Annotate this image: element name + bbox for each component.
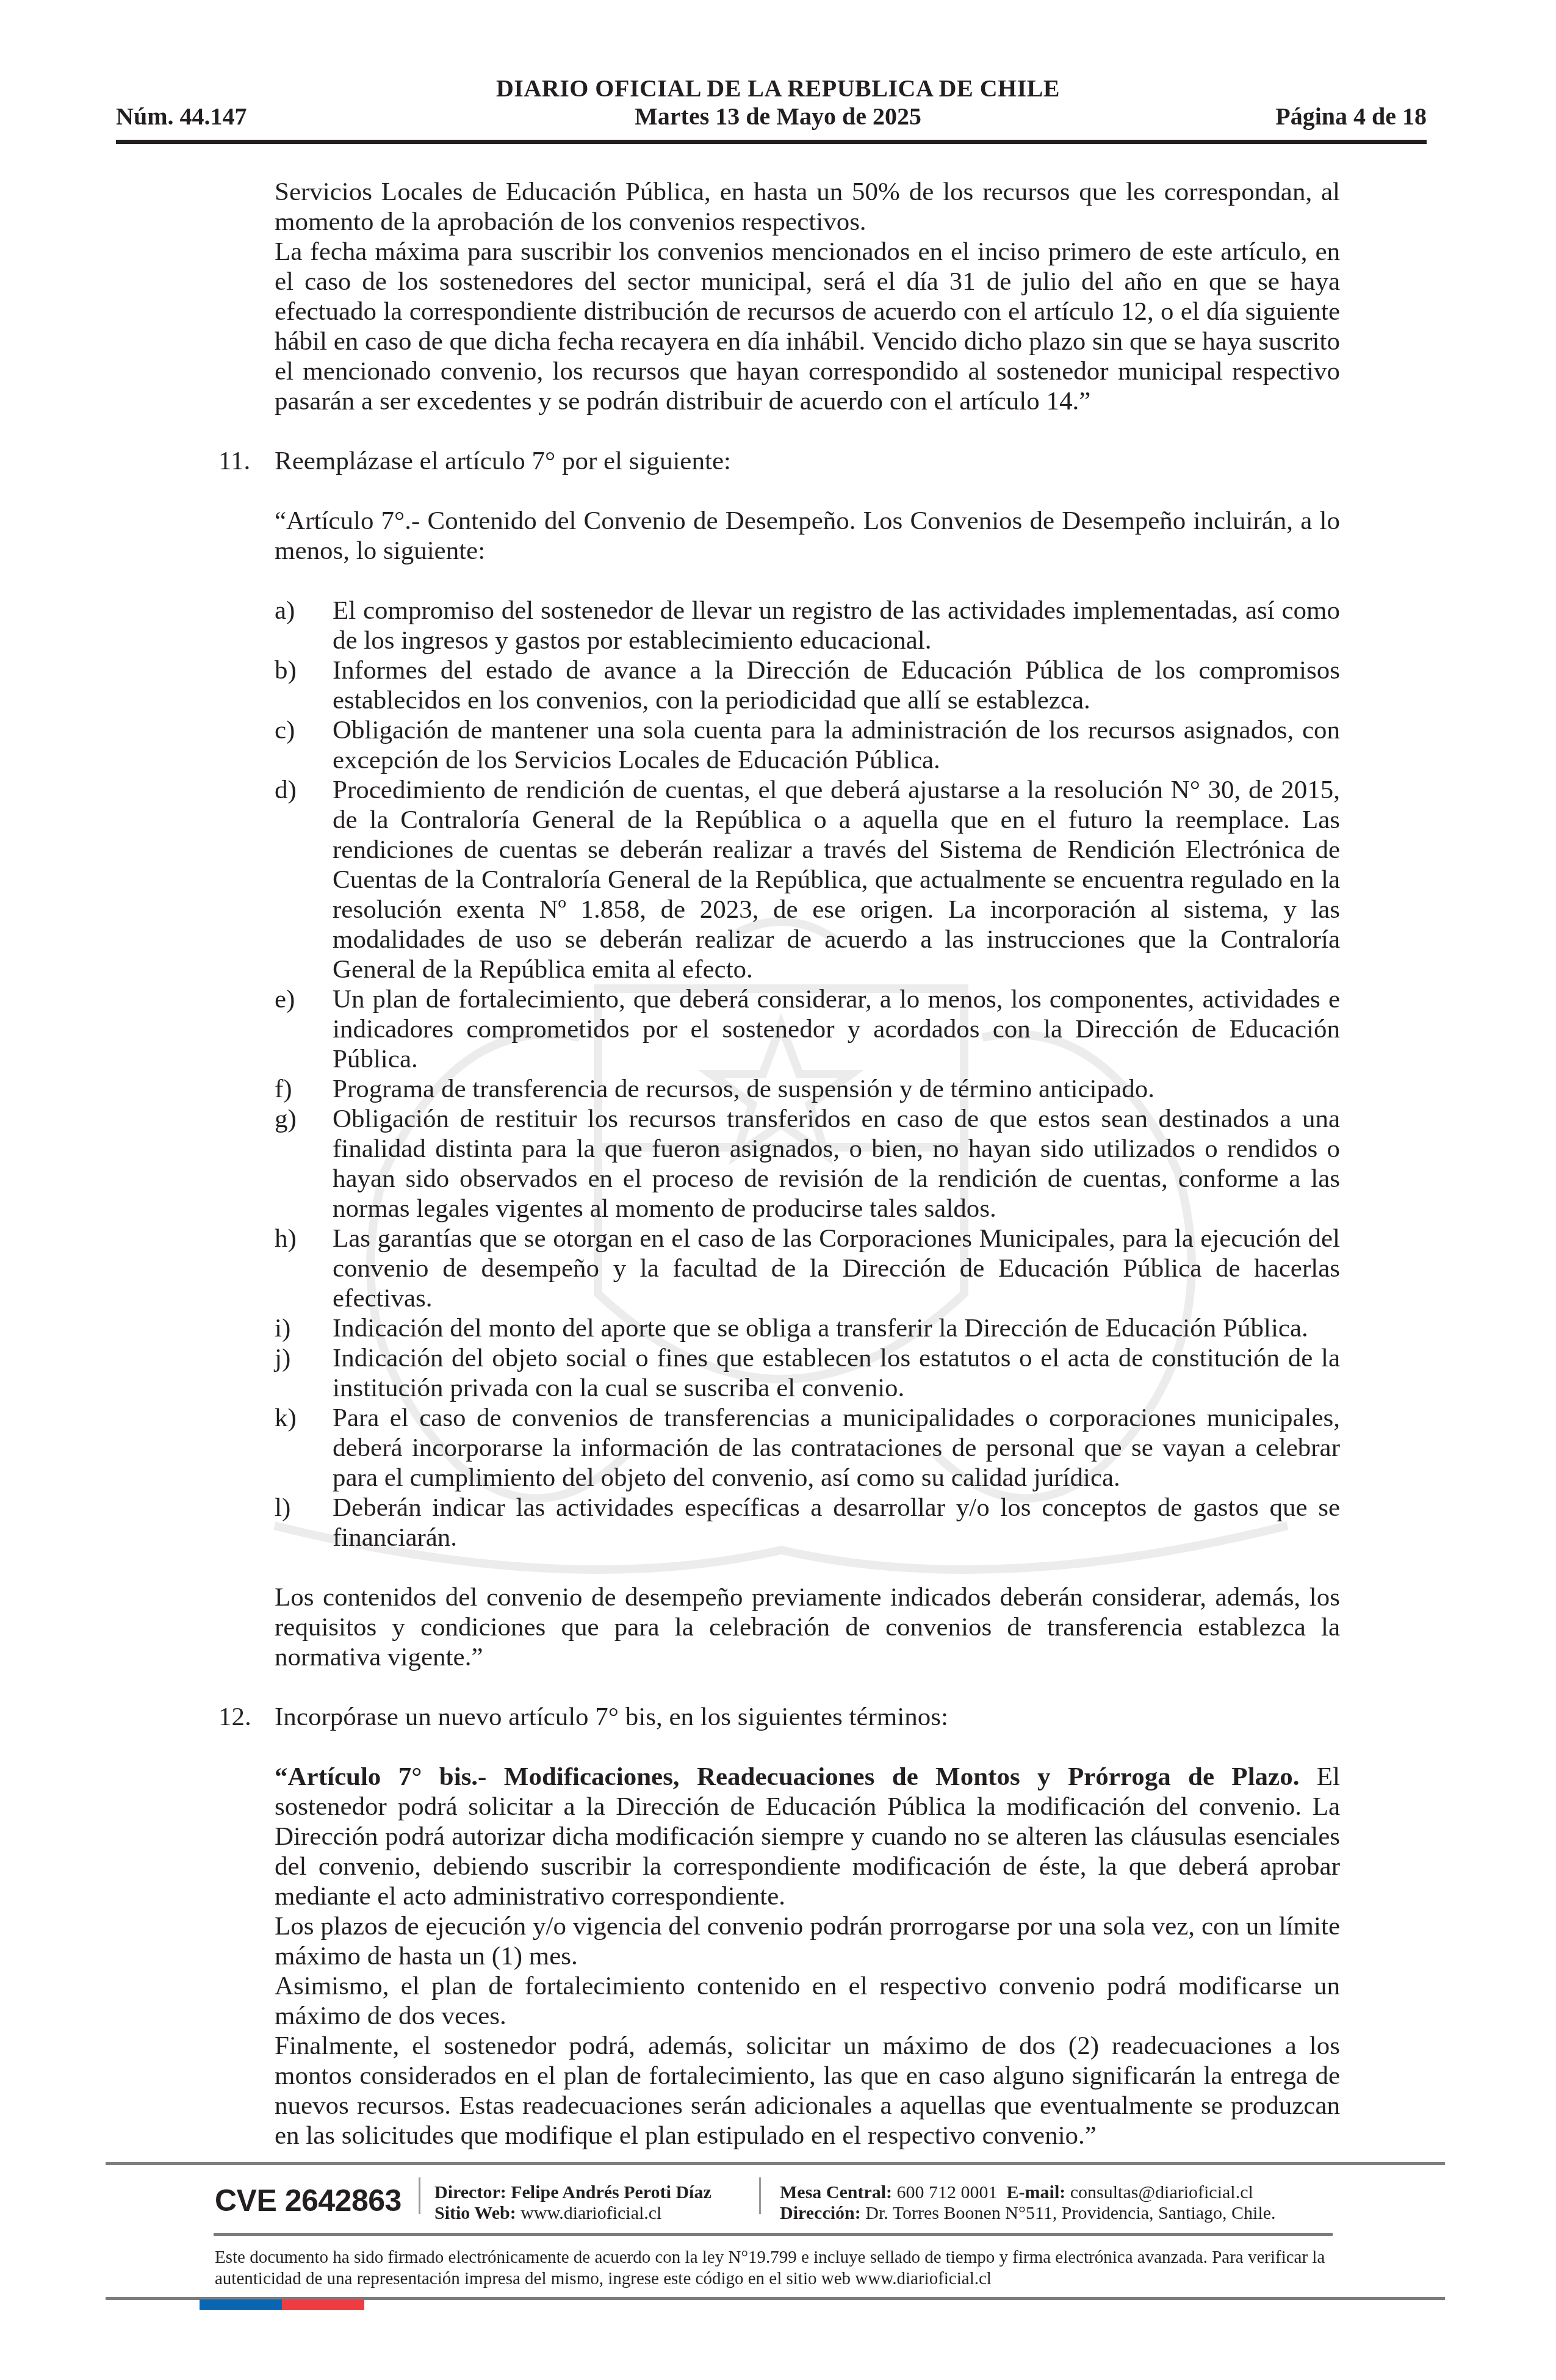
numbered-item-12: 12. Incorpórase un nuevo artículo 7° bis…: [275, 1702, 1340, 1732]
list-item: g)Obligación de restituir los recursos t…: [275, 1104, 1340, 1224]
intro-paragraph: Servicios Locales de Educación Pública, …: [275, 177, 1340, 237]
list-marker: f): [275, 1074, 292, 1104]
article-7-list: a)El compromiso del sostenedor de llevar…: [275, 596, 1340, 1552]
website-link[interactable]: www.diarioficial.cl: [520, 2203, 661, 2223]
list-item: j)Indicación del objeto social o fines q…: [275, 1343, 1340, 1403]
list-marker: b): [275, 655, 297, 685]
list-item: i)Indicación del monto del aporte que se…: [275, 1313, 1340, 1343]
list-text: Programa de transferencia de recursos, d…: [333, 1075, 1154, 1103]
list-text: Deberán indicar las actividades específi…: [333, 1493, 1340, 1552]
footer-rule-middle: [214, 2233, 1333, 2236]
address-label: Dirección:: [780, 2203, 861, 2223]
publication-title: DIARIO OFICIAL DE LA REPUBLICA DE CHILE: [0, 74, 1556, 103]
list-marker: d): [275, 775, 297, 805]
article-7-closing: Los contenidos del convenio de desempeño…: [275, 1582, 1340, 1672]
list-text: Informes del estado de avance a la Direc…: [333, 656, 1340, 715]
list-marker: h): [275, 1224, 297, 1253]
list-item: k)Para el caso de convenios de transfere…: [275, 1403, 1340, 1493]
list-marker: l): [275, 1493, 290, 1523]
list-text: Procedimiento de rendición de cuentas, e…: [333, 776, 1340, 984]
article-7-bis-paragraph: Finalmente, el sostenedor podrá, además,…: [275, 2031, 1340, 2151]
flag-stripe-red: [282, 2299, 364, 2310]
list-item: f)Programa de transferencia de recursos,…: [275, 1074, 1340, 1104]
item-number: 11.: [218, 446, 250, 476]
footer-contact-block: Mesa Central: 600 712 0001 E-mail: consu…: [780, 2182, 1276, 2224]
list-marker: j): [275, 1343, 290, 1373]
list-marker: i): [275, 1313, 290, 1343]
director-name: Felipe Andrés Peroti Díaz: [511, 2182, 711, 2202]
footer-separator: [419, 2177, 420, 2214]
list-text: El compromiso del sostenedor de llevar u…: [333, 596, 1340, 655]
list-marker: a): [275, 596, 295, 626]
article-7-bis-first-paragraph: “Artículo 7° bis.- Modificaciones, Reade…: [275, 1762, 1340, 1911]
list-text: Para el caso de convenios de transferenc…: [333, 1404, 1340, 1492]
address-text: Dr. Torres Boonen N°511, Providencia, Sa…: [865, 2203, 1275, 2223]
numbered-item-11: 11. Reemplázase el artículo 7° por el si…: [275, 446, 1340, 476]
page-indicator: Página 4 de 18: [1275, 103, 1427, 131]
list-item: h)Las garantías que se otorgan en el cas…: [275, 1224, 1340, 1313]
flag-stripe-blue: [200, 2299, 282, 2310]
list-marker: g): [275, 1104, 297, 1134]
list-item: e)Un plan de fortalecimiento, que deberá…: [275, 984, 1340, 1074]
list-text: Indicación del monto del aporte que se o…: [333, 1314, 1308, 1343]
article-7-bis-paragraph: Asimismo, el plan de fortalecimiento con…: [275, 1971, 1340, 2031]
phone-number: 600 712 0001: [897, 2182, 998, 2202]
article-7-bis-heading: “Artículo 7° bis.- Modificaciones, Reade…: [275, 1762, 1299, 1791]
website-label: Sitio Web:: [434, 2203, 516, 2223]
list-text: Un plan de fortalecimiento, que deberá c…: [333, 985, 1340, 1073]
footer-separator: [759, 2177, 761, 2214]
header-rule: [116, 140, 1427, 144]
list-text: Obligación de restituir los recursos tra…: [333, 1105, 1340, 1223]
email-link[interactable]: consultas@diarioficial.cl: [1070, 2182, 1253, 2202]
article-7-bis-paragraph: Los plazos de ejecución y/o vigencia del…: [275, 1911, 1340, 1971]
electronic-signature-note: Este documento ha sido firmado electróni…: [215, 2247, 1331, 2290]
item-text: Reemplázase el artículo 7° por el siguie…: [275, 447, 731, 475]
email-label: E-mail:: [1007, 2182, 1066, 2202]
director-label: Director:: [434, 2182, 506, 2202]
footer-director-block: Director: Felipe Andrés Peroti Díaz Siti…: [434, 2182, 711, 2224]
list-marker: c): [275, 715, 295, 745]
list-text: Indicación del objeto social o fines que…: [333, 1344, 1340, 1402]
list-text: Las garantías que se otorgan en el caso …: [333, 1224, 1340, 1313]
footer-rule-top: [106, 2162, 1445, 2165]
list-item: a)El compromiso del sostenedor de llevar…: [275, 596, 1340, 655]
article-7-intro: “Artículo 7°.- Contenido del Convenio de…: [275, 506, 1340, 566]
list-item: c)Obligación de mantener una sola cuenta…: [275, 715, 1340, 775]
phone-label: Mesa Central:: [780, 2182, 892, 2202]
list-marker: e): [275, 984, 295, 1014]
list-text: Obligación de mantener una sola cuenta p…: [333, 716, 1340, 774]
document-body: Servicios Locales de Educación Pública, …: [275, 177, 1340, 2151]
list-marker: k): [275, 1403, 297, 1433]
list-item: d)Procedimiento de rendición de cuentas,…: [275, 775, 1340, 984]
item-number: 12.: [218, 1702, 251, 1732]
list-item: l)Deberán indicar las actividades especí…: [275, 1493, 1340, 1552]
item-text: Incorpórase un nuevo artículo 7° bis, en…: [275, 1703, 948, 1731]
intro-paragraph: La fecha máxima para suscribir los conve…: [275, 237, 1340, 416]
list-item: b)Informes del estado de avance a la Dir…: [275, 655, 1340, 715]
cve-code: CVE 2642863: [215, 2183, 402, 2218]
